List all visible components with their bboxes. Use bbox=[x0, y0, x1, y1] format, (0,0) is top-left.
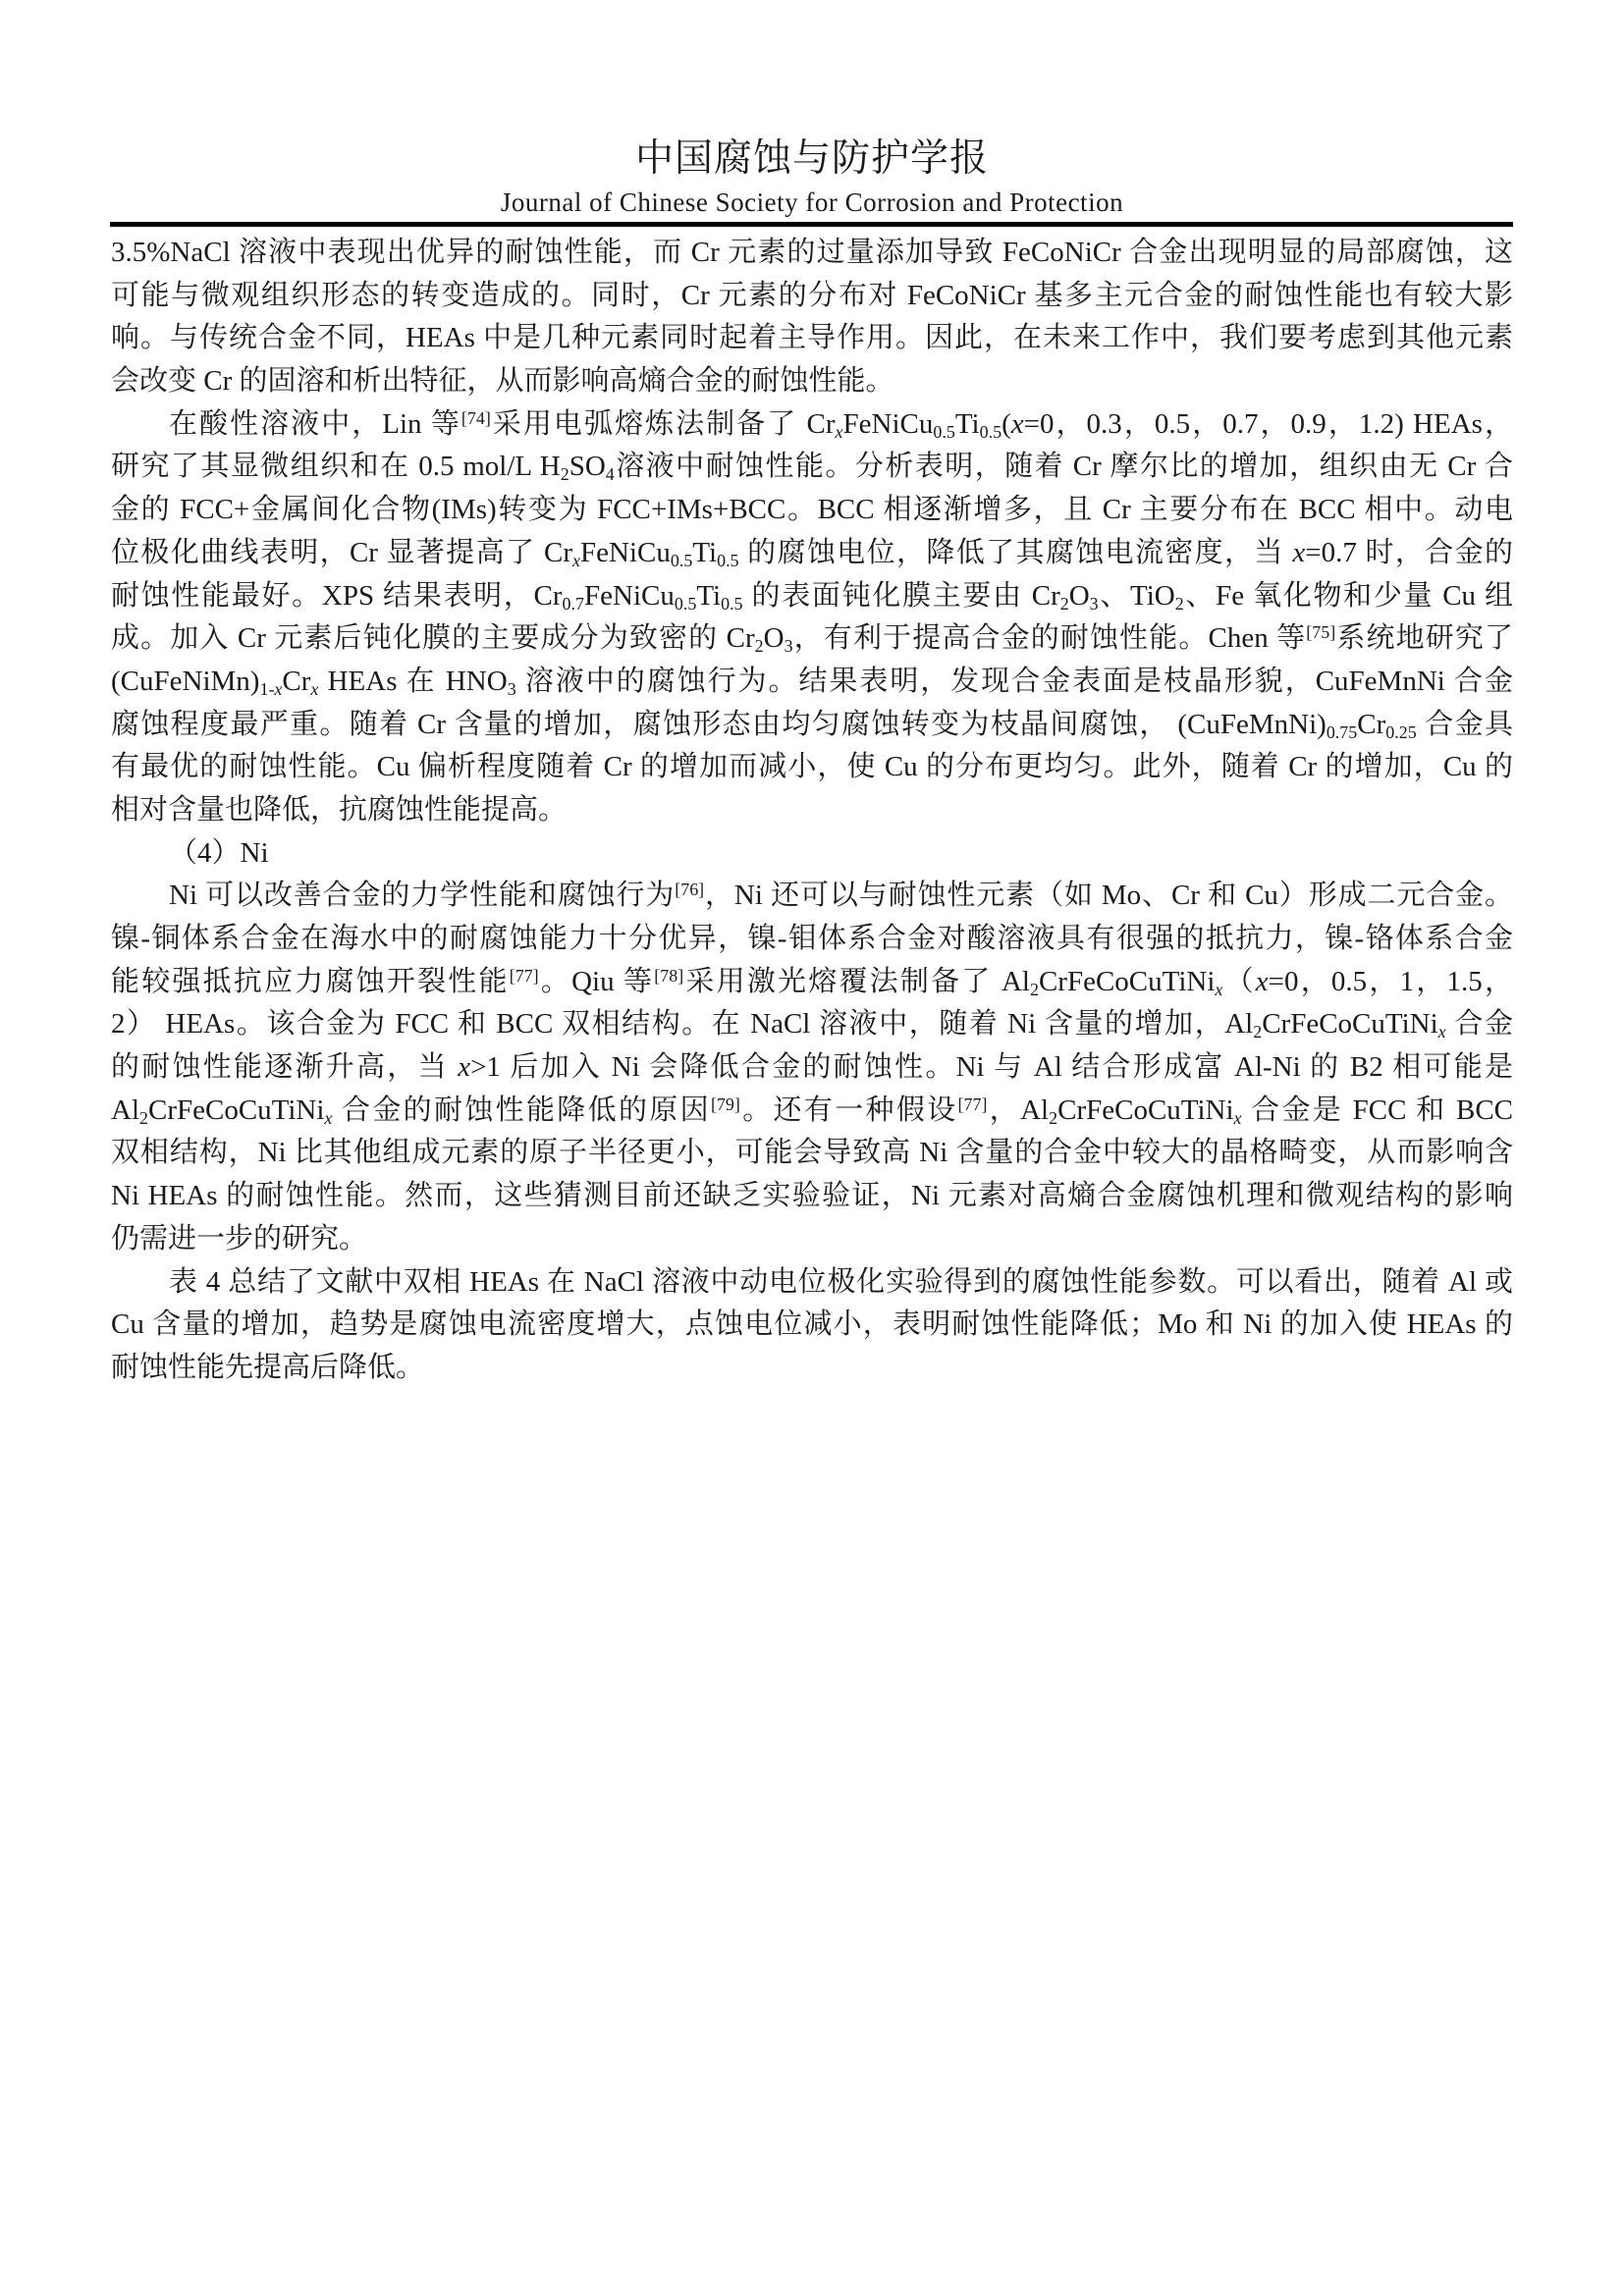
text-segment: 位极化曲线表明，Cr 显著提高了 Cr bbox=[111, 537, 572, 568]
text-segment: 研究了其显微组织和在 0.5 mol/L H bbox=[111, 451, 561, 482]
text-segment: 耐蚀性能最好。XPS 结果表明，Cr bbox=[111, 580, 563, 612]
text-segment: O bbox=[1069, 580, 1090, 612]
text-segment: Al bbox=[111, 1095, 139, 1126]
text-line: Ni HEAs 的耐蚀性能。然而，这些猜测目前还缺乏实验验证，Ni 元素对高熵合… bbox=[111, 1175, 1513, 1218]
subscript-text: x bbox=[572, 551, 580, 570]
text-line: 表 4 总结了文献中双相 HEAs 在 NaCl 溶液中动电位极化实验得到的腐蚀… bbox=[111, 1261, 1513, 1305]
text-line: 相对含量也降低，抗腐蚀性能提高。 bbox=[111, 789, 1513, 832]
text-segment: 合金是 FCC 和 BCC bbox=[1242, 1095, 1513, 1126]
text-line: Ni 可以改善合金的力学性能和腐蚀行为[76]，Ni 还可以与耐蚀性元素（如 M… bbox=[111, 875, 1513, 918]
paragraph: 表 4 总结了文献中双相 HEAs 在 NaCl 溶液中动电位极化实验得到的腐蚀… bbox=[111, 1261, 1513, 1390]
text-segment: 响。与传统合金不同，HEAs 中是几种元素同时起着主导作用。因此，在未来工作中，… bbox=[111, 322, 1513, 353]
journal-title-en: Journal of Chinese Society for Corrosion… bbox=[0, 187, 1624, 218]
text-segment: 2） HEAs。该合金为 FCC 和 BCC 双相结构。在 NaCl 溶液中，随… bbox=[111, 1008, 1253, 1040]
text-line: 位极化曲线表明，Cr 显著提高了 CrxFeNiCu0.5Ti0.5 的腐蚀电位… bbox=[111, 532, 1513, 575]
text-line: 耐蚀性能先提高后降低。 bbox=[111, 1347, 1513, 1390]
text-segment: 相对含量也降低，抗腐蚀性能提高。 bbox=[111, 794, 567, 826]
text-segment: CrFeCoCuTiNi bbox=[1039, 966, 1215, 997]
subscript-text: 2 bbox=[1060, 594, 1069, 614]
text-segment: 采用电弧熔炼法制备了 Cr bbox=[491, 408, 836, 440]
text-segment: 。还有一种假设 bbox=[740, 1095, 958, 1126]
subscript-text: 3 bbox=[508, 679, 516, 699]
subscript-text: x bbox=[1438, 1022, 1446, 1041]
text-segment: CrFeCoCuTiNi bbox=[1262, 1008, 1437, 1040]
paragraph: Ni 可以改善合金的力学性能和腐蚀行为[76]，Ni 还可以与耐蚀性元素（如 M… bbox=[111, 875, 1513, 1260]
article-body: 3.5%NaCl 溶液中表现出优异的耐蚀性能，而 Cr 元素的过量添加导致 Fe… bbox=[111, 232, 1513, 1390]
text-segment: >1 后加入 Ni 会降低合金的耐蚀性。Ni 与 Al 结合形成富 Al-Ni … bbox=[470, 1051, 1513, 1083]
citation-ref: [77] bbox=[958, 1095, 988, 1114]
text-segment: Cr bbox=[282, 666, 310, 697]
text-segment: 的表面钝化膜主要由 Cr bbox=[743, 580, 1060, 612]
text-segment: ，Ni 还可以与耐蚀性元素（如 Mo、Cr 和 Cu）形成二元合金。 bbox=[704, 880, 1513, 911]
text-segment: Ni HEAs 的耐蚀性能。然而，这些猜测目前还缺乏实验验证，Ni 元素对高熵合… bbox=[111, 1180, 1513, 1211]
subscript-text: 2 bbox=[139, 1108, 148, 1128]
text-segment: Ti bbox=[692, 537, 717, 568]
text-segment: O bbox=[764, 622, 785, 654]
text-segment: Ti bbox=[696, 580, 721, 612]
citation-ref: [77] bbox=[510, 966, 539, 986]
text-line: （4）Ni bbox=[111, 832, 1513, 876]
subscript-text: 2 bbox=[1030, 980, 1039, 999]
text-segment: x bbox=[1256, 966, 1269, 997]
text-segment: ( bbox=[1001, 408, 1011, 440]
text-line: (CuFeNiMn)1-xCrx HEAs 在 HNO3 溶液中的腐蚀行为。结果… bbox=[111, 661, 1513, 704]
text-line: 仍需进一步的研究。 bbox=[111, 1218, 1513, 1261]
text-segment: 的耐蚀性能逐渐升高，当 bbox=[111, 1051, 458, 1083]
text-line: 金的 FCC+金属间化合物(IMs)转变为 FCC+IMs+BCC。BCC 相逐… bbox=[111, 489, 1513, 532]
text-segment: FeNiCu bbox=[584, 580, 675, 612]
citation-ref: [75] bbox=[1306, 622, 1335, 642]
text-line: 2） HEAs。该合金为 FCC 和 BCC 双相结构。在 NaCl 溶液中，随… bbox=[111, 1003, 1513, 1046]
text-line: 在酸性溶液中，Lin 等[74]采用电弧熔炼法制备了 CrxFeNiCu0.5T… bbox=[111, 403, 1513, 447]
text-line: 有最优的耐蚀性能。Cu 偏析程度随着 Cr 的增加而减小，使 Cu 的分布更均匀… bbox=[111, 746, 1513, 789]
subscript-text: 1- bbox=[259, 679, 274, 699]
subscript-text: 3 bbox=[785, 636, 793, 656]
journal-title-zh: 中国腐蚀与防护学报 bbox=[0, 128, 1624, 183]
text-segment: 溶液中耐蚀性能。分析表明，随着 Cr 摩尔比的增加，组织由无 Cr 合 bbox=[615, 451, 1513, 482]
subscript-text: 0.5 bbox=[671, 551, 692, 570]
text-segment: 成。加入 Cr 元素后钝化膜的主要成分为致密的 Cr bbox=[111, 622, 755, 654]
text-segment: 采用激光熔覆法制备了 Al bbox=[683, 966, 1030, 997]
text-segment: 能较强抵抗应力腐蚀开裂性能 bbox=[111, 966, 510, 997]
text-segment: 的腐蚀电位，降低了其腐蚀电流密度，当 bbox=[739, 537, 1293, 568]
subscript-text: 2 bbox=[755, 636, 764, 656]
text-segment: 有最优的耐蚀性能。Cu 偏析程度随着 Cr 的增加而减小，使 Cu 的分布更均匀… bbox=[111, 751, 1513, 782]
subscript-text: 0.5 bbox=[717, 551, 738, 570]
text-line: 的耐蚀性能逐渐升高，当 x>1 后加入 Ni 会降低合金的耐蚀性。Ni 与 Al… bbox=[111, 1046, 1513, 1090]
text-line: Cu 含量的增加，趋势是腐蚀电流密度增大，点蚀电位减小，表明耐蚀性能降低；Mo … bbox=[111, 1304, 1513, 1347]
text-line: 耐蚀性能最好。XPS 结果表明，Cr0.7FeNiCu0.5Ti0.5 的表面钝… bbox=[111, 575, 1513, 618]
text-line: 3.5%NaCl 溶液中表现出优异的耐蚀性能，而 Cr 元素的过量添加导致 Fe… bbox=[111, 232, 1513, 275]
journal-page: 中国腐蚀与防护学报 Journal of Chinese Society for… bbox=[0, 0, 1624, 2296]
text-segment: 腐蚀程度最严重。随着 Cr 含量的增加，腐蚀形态由均匀腐蚀转变为枝晶间腐蚀， (… bbox=[111, 709, 1326, 740]
text-segment: 。Qiu 等 bbox=[539, 966, 655, 997]
text-segment: CrFeCoCuTiNi bbox=[148, 1095, 324, 1126]
text-segment: HEAs 在 HNO bbox=[318, 666, 507, 697]
text-line: 能较强抵抗应力腐蚀开裂性能[77]。Qiu 等[78]采用激光熔覆法制备了 Al… bbox=[111, 961, 1513, 1004]
subscript-text: 0.25 bbox=[1385, 722, 1416, 742]
subscript-text: 4 bbox=[606, 464, 615, 484]
text-segment: FeNiCu bbox=[843, 408, 934, 440]
subscript-text: 0.5 bbox=[675, 594, 696, 614]
subscript-text: 3 bbox=[1090, 594, 1099, 614]
text-segment: 溶液中的腐蚀行为。结果表明，发现合金表面是枝晶形貌，CuFeMnNi 合金 bbox=[516, 666, 1513, 697]
text-segment: 、TiO bbox=[1099, 580, 1175, 612]
text-segment: （ bbox=[1222, 966, 1255, 997]
text-segment: 金的 FCC+金属间化合物(IMs)转变为 FCC+IMs+BCC。BCC 相逐… bbox=[111, 494, 1513, 525]
text-segment: 、Fe 氧化物和少量 Cu 组 bbox=[1184, 580, 1513, 612]
text-line: 会改变 Cr 的固溶和析出特征，从而影响高熵合金的耐蚀性能。 bbox=[111, 360, 1513, 403]
text-segment: FeNiCu bbox=[580, 537, 671, 568]
text-segment: 仍需进一步的研究。 bbox=[111, 1223, 367, 1255]
text-segment: 系统地研究了 bbox=[1335, 622, 1513, 654]
paragraph: 3.5%NaCl 溶液中表现出优异的耐蚀性能，而 Cr 元素的过量添加导致 Fe… bbox=[111, 232, 1513, 403]
text-line: 腐蚀程度最严重。随着 Cr 含量的增加，腐蚀形态由均匀腐蚀转变为枝晶间腐蚀， (… bbox=[111, 704, 1513, 747]
subscript-text: 0.5 bbox=[933, 422, 954, 442]
text-segment: x bbox=[458, 1051, 470, 1083]
text-segment: 会改变 Cr 的固溶和析出特征，从而影响高熵合金的耐蚀性能。 bbox=[111, 365, 894, 397]
subscript-text: 2 bbox=[1253, 1022, 1262, 1041]
text-segment: 在酸性溶液中，Lin 等 bbox=[169, 408, 461, 440]
subscript-text: 0.5 bbox=[721, 594, 742, 614]
subscript-text: x bbox=[836, 422, 843, 442]
text-line: 双相结构，Ni 比其他组成元素的原子半径更小，可能会导致高 Ni 含量的合金中较… bbox=[111, 1132, 1513, 1175]
text-line: 响。与传统合金不同，HEAs 中是几种元素同时起着主导作用。因此，在未来工作中，… bbox=[111, 317, 1513, 360]
text-line: 研究了其显微组织和在 0.5 mol/L H2SO4溶液中耐蚀性能。分析表明，随… bbox=[111, 446, 1513, 489]
subscript-text: 2 bbox=[561, 464, 569, 484]
text-segment: x bbox=[1292, 537, 1305, 568]
header-divider-rule bbox=[110, 222, 1513, 227]
text-segment: Ti bbox=[955, 408, 980, 440]
text-line: Al2CrFeCoCuTiNix 合金的耐蚀性能降低的原因[79]。还有一种假设… bbox=[111, 1090, 1513, 1133]
paragraph: 在酸性溶液中，Lin 等[74]采用电弧熔炼法制备了 CrxFeNiCu0.5T… bbox=[111, 403, 1513, 832]
subscript-text: 0.5 bbox=[980, 422, 1001, 442]
text-segment: 镍-铜体系合金在海水中的耐腐蚀能力十分优异，镍-钼体系合金对酸溶液具有很强的抵抗… bbox=[111, 923, 1513, 954]
text-segment: CrFeCoCuTiNi bbox=[1057, 1095, 1233, 1126]
text-segment: (CuFeNiMn) bbox=[111, 666, 259, 697]
text-line: 可能与微观组织形态的转变造成的。同时，Cr 元素的分布对 FeCoNiCr 基多… bbox=[111, 275, 1513, 318]
text-segment: SO bbox=[569, 451, 606, 482]
paragraph: （4）Ni bbox=[111, 832, 1513, 876]
text-segment: 合金的耐蚀性能降低的原因 bbox=[332, 1095, 711, 1126]
text-segment: =0，0.5，1，1.5， bbox=[1269, 966, 1513, 997]
text-segment: Ni 可以改善合金的力学性能和腐蚀行为 bbox=[169, 880, 675, 911]
subscript-text: 2 bbox=[1175, 594, 1184, 614]
text-segment: 可能与微观组织形态的转变造成的。同时，Cr 元素的分布对 FeCoNiCr 基多… bbox=[111, 280, 1513, 311]
text-segment: =0.7 时，合金的 bbox=[1305, 537, 1513, 568]
text-segment: （4）Ni bbox=[169, 837, 269, 869]
text-segment: 合金具 bbox=[1417, 709, 1513, 740]
text-segment: 双相结构，Ni 比其他组成元素的原子半径更小，可能会导致高 Ni 含量的合金中较… bbox=[111, 1137, 1513, 1168]
text-line: 成。加入 Cr 元素后钝化膜的主要成分为致密的 Cr2O3，有利于提高合金的耐蚀… bbox=[111, 617, 1513, 661]
text-line: 镍-铜体系合金在海水中的耐腐蚀能力十分优异，镍-钼体系合金对酸溶液具有很强的抵抗… bbox=[111, 918, 1513, 961]
text-segment: Cu 含量的增加，趋势是腐蚀电流密度增大，点蚀电位减小，表明耐蚀性能降低；Mo … bbox=[111, 1308, 1513, 1340]
subscript-text: 0.7 bbox=[563, 594, 584, 614]
text-segment: =0，0.3，0.5，0.7，0.9，1.2) HEAs， bbox=[1024, 408, 1513, 440]
subscript-text: 0.75 bbox=[1326, 722, 1357, 742]
text-segment: 表 4 总结了文献中双相 HEAs 在 NaCl 溶液中动电位极化实验得到的腐蚀… bbox=[169, 1266, 1513, 1298]
text-segment: ，有利于提高合金的耐蚀性能。Chen 等 bbox=[793, 622, 1307, 654]
text-segment: 合金 bbox=[1446, 1008, 1513, 1040]
text-segment: 3.5%NaCl 溶液中表现出优异的耐蚀性能，而 Cr 元素的过量添加导致 Fe… bbox=[111, 237, 1513, 268]
text-segment: ，Al bbox=[987, 1095, 1049, 1126]
citation-ref: [78] bbox=[654, 966, 683, 986]
citation-ref: [79] bbox=[711, 1095, 740, 1114]
subscript-text: x bbox=[1234, 1108, 1242, 1128]
subscript-text: 2 bbox=[1049, 1108, 1057, 1128]
text-segment: Cr bbox=[1357, 709, 1385, 740]
text-segment: x bbox=[1011, 408, 1024, 440]
citation-ref: [74] bbox=[461, 408, 491, 428]
text-segment: 耐蚀性能先提高后降低。 bbox=[111, 1352, 424, 1383]
citation-ref: [76] bbox=[675, 880, 704, 899]
